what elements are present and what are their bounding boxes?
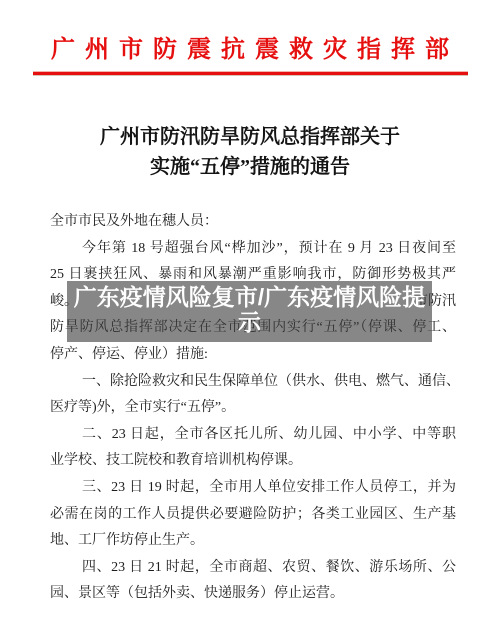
body-line: 三、23 日 19 时起，全市用人单位安排工作人员停工，并为 xyxy=(50,475,456,502)
body-line: 二、23 日起，全市各区托儿所、幼儿园、中小学、中等职 xyxy=(50,422,456,449)
letterhead-banner: 广州市防震抗震救灾指挥部 xyxy=(0,0,500,64)
body-line: 医疗等)外，全市实行“五停”。 xyxy=(50,395,456,422)
body-line: 园、景区等（包括外卖、快递服务）停止运营。 xyxy=(50,581,456,608)
caption-overlay: 广东疫情风险复市/广东疫情风险提示 xyxy=(67,281,432,342)
notice-title-line-1: 广州市防汛防旱防风总指挥部关于 xyxy=(0,122,500,152)
body-line: 业学校、技工院校和教育培训机构停课。 xyxy=(50,448,456,475)
notice-document-page: 广州市防震抗震救灾指挥部 广州市防汛防旱防风总指挥部关于 实施“五停”措施的通告… xyxy=(0,0,500,623)
caption-overlay-text: 广东疫情风险复市/广东疫情风险提示 xyxy=(74,284,425,335)
body-line: 四、23 日 21 时起，全市商超、农贸、餐饮、游乐场所、公 xyxy=(50,555,456,582)
notice-title-line-2: 实施“五停”措施的通告 xyxy=(0,152,500,182)
letterhead-divider xyxy=(33,71,468,76)
letterhead-title: 广州市防震抗震救灾指挥部 xyxy=(41,29,459,64)
body-line: 停产、停运、停业）措施: xyxy=(50,342,456,369)
body-line: 地、工厂作坊停止生产。 xyxy=(50,528,456,555)
document-body: 全市市民及外地在穗人员： 今年第 18 号超强台风“桦加沙”，预计在 9 月 2… xyxy=(50,209,456,608)
body-line: 全市市民及外地在穗人员： xyxy=(50,209,456,236)
body-line: 必需在岗的工作人员提供必要避险防护；各类工业园区、生产基 xyxy=(50,502,456,529)
body-line: 一、除抢险救灾和民生保障单位（供水、供电、燃气、通信、 xyxy=(50,369,456,396)
notice-title: 广州市防汛防旱防风总指挥部关于 实施“五停”措施的通告 xyxy=(0,122,500,182)
body-line: 今年第 18 号超强台风“桦加沙”，预计在 9 月 23 日夜间至 xyxy=(50,236,456,263)
